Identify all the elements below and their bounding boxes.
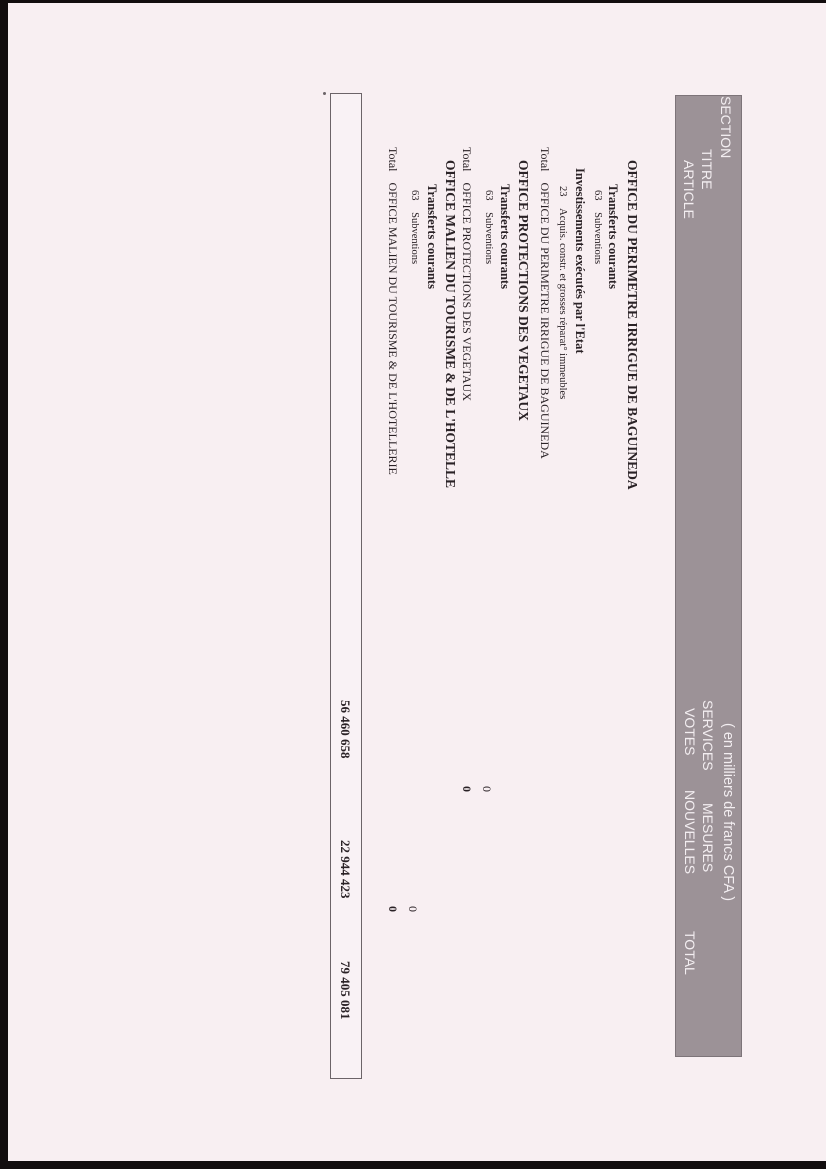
article-code: 63: [483, 190, 494, 201]
budget-table-page: SECTION TITRE ARTICLE ( en milliers de f…: [0, 0, 826, 1169]
titre-label: Transferts courants: [426, 184, 439, 289]
article-label: Acquis. constr. et grosses réparat° imme…: [557, 208, 568, 399]
total-prefix: Total: [386, 147, 400, 172]
mesures-nouvelles-value: 0: [387, 906, 399, 912]
article-code: 23: [557, 186, 568, 197]
titre-label: Transferts courants: [499, 184, 512, 289]
titre-label: Investissements exécutés par l'Etat: [574, 168, 587, 354]
article-row: 23 Acquis. constr. et grosses réparat° i…: [557, 186, 568, 399]
article-row: 63 Subventions: [409, 190, 420, 264]
table-header-band: SECTION TITRE ARTICLE ( en milliers de f…: [675, 95, 742, 1057]
header-total: TOTAL: [683, 931, 697, 975]
grand-total-mesures-nouvelles: 22 944 423: [339, 840, 352, 899]
mesures-nouvelles-value: 0: [407, 906, 419, 912]
article-code: 63: [592, 190, 603, 201]
header-article: ARTICLE: [682, 160, 696, 219]
titre-label: Transferts courants: [607, 184, 620, 289]
header-titre: TITRE: [700, 149, 714, 189]
total-office-label: OFFICE MALIEN DU TOURISME & DE L'HOTELLE…: [386, 183, 400, 475]
services-votes-value: 0: [481, 786, 493, 792]
office-title: OFFICE MALIEN DU TOURISME & DE L'HOTELLE: [444, 160, 458, 488]
services-votes-value: 0: [461, 786, 473, 792]
header-section: SECTION: [719, 96, 733, 158]
article-label: Subventions: [409, 212, 420, 264]
total-prefix: Total: [460, 147, 474, 172]
office-title: OFFICE PROTECTIONS DES VEGETAUX: [517, 160, 531, 421]
scan-mark: [323, 92, 326, 95]
article-code: 63: [409, 190, 420, 201]
total-prefix: Total: [538, 147, 552, 172]
total-row: Total OFFICE DU PERIMETRE IRRIGUE DE BAG…: [539, 147, 551, 459]
header-mesures-nouvelles-line1: MESURES: [701, 803, 715, 872]
grand-total-total: 79 405 081: [339, 961, 352, 1020]
article-label: Subventions: [483, 212, 494, 264]
office-title: OFFICE DU PERIMETRE IRRIGUE DE BAGUINEDA: [626, 160, 640, 490]
grand-total-services-votes: 56 460 658: [339, 700, 352, 759]
total-row: Total OFFICE PROTECTIONS DES VEGETAUX: [461, 147, 473, 401]
article-row: 63 Subventions: [483, 190, 494, 264]
header-services-votes-line1: SERVICES: [701, 700, 715, 771]
article-row: 63 Subventions: [592, 190, 603, 264]
scanned-page-frame: SECTION TITRE ARTICLE ( en milliers de f…: [0, 0, 826, 1169]
total-office-label: OFFICE PROTECTIONS DES VEGETAUX: [460, 183, 474, 402]
total-row: Total OFFICE MALIEN DU TOURISME & DE L'H…: [387, 147, 399, 475]
header-mesures-nouvelles-line2: NOUVELLES: [683, 790, 697, 874]
grand-total-box: 56 460 658 22 944 423 79 405 081: [330, 93, 362, 1079]
header-unit-note: ( en milliers de francs CFA ): [721, 723, 736, 901]
article-label: Subventions: [592, 212, 603, 264]
header-services-votes-line2: VOTES: [683, 708, 697, 755]
total-office-label: OFFICE DU PERIMETRE IRRIGUE DE BAGUINEDA: [538, 183, 552, 459]
